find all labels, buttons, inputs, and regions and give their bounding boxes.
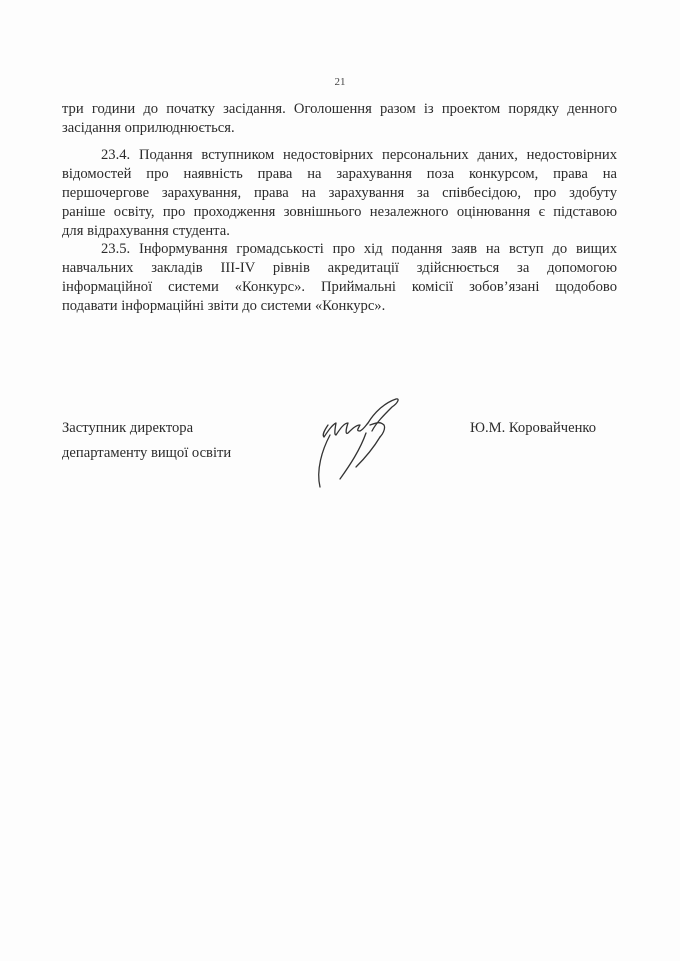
text-line: першочергове зарахування, права на зарах… — [62, 184, 617, 203]
text-line: подавати інформаційні звіти до системи «… — [62, 297, 617, 316]
signatory-position: Заступник директора департаменту вищої о… — [62, 416, 231, 466]
text-line: інформаційної системи «Конкурс». Приймал… — [62, 278, 617, 297]
text-line: для відрахування студента. — [62, 222, 617, 241]
signature-icon — [310, 395, 440, 495]
text-line: відомостей про наявність права на зараху… — [62, 165, 617, 184]
position-line: Заступник директора — [62, 416, 231, 441]
paragraph-23-4: 23.4. Подання вступником недостовірних п… — [62, 146, 617, 241]
page-number: 21 — [0, 76, 680, 88]
text-line: навчальних закладів III-IV рівнів акреди… — [62, 259, 617, 278]
text-line: засідання оприлюднюється. — [62, 119, 617, 138]
signatory-name: Ю.М. Коровайченко — [470, 416, 596, 441]
text-line: 23.5. Інформування громадськості про хід… — [62, 240, 617, 259]
paragraph-continuation: три години до початку засідання. Оголоше… — [62, 100, 617, 138]
text-line: три години до початку засідання. Оголоше… — [62, 100, 617, 119]
text-line: раніше освіту, про проходження зовнішньо… — [62, 203, 617, 222]
document-page: 21 три години до початку засідання. Огол… — [0, 0, 680, 961]
text-line: 23.4. Подання вступником недостовірних п… — [62, 146, 617, 165]
paragraph-23-5: 23.5. Інформування громадськості про хід… — [62, 240, 617, 316]
position-line: департаменту вищої освіти — [62, 441, 231, 466]
